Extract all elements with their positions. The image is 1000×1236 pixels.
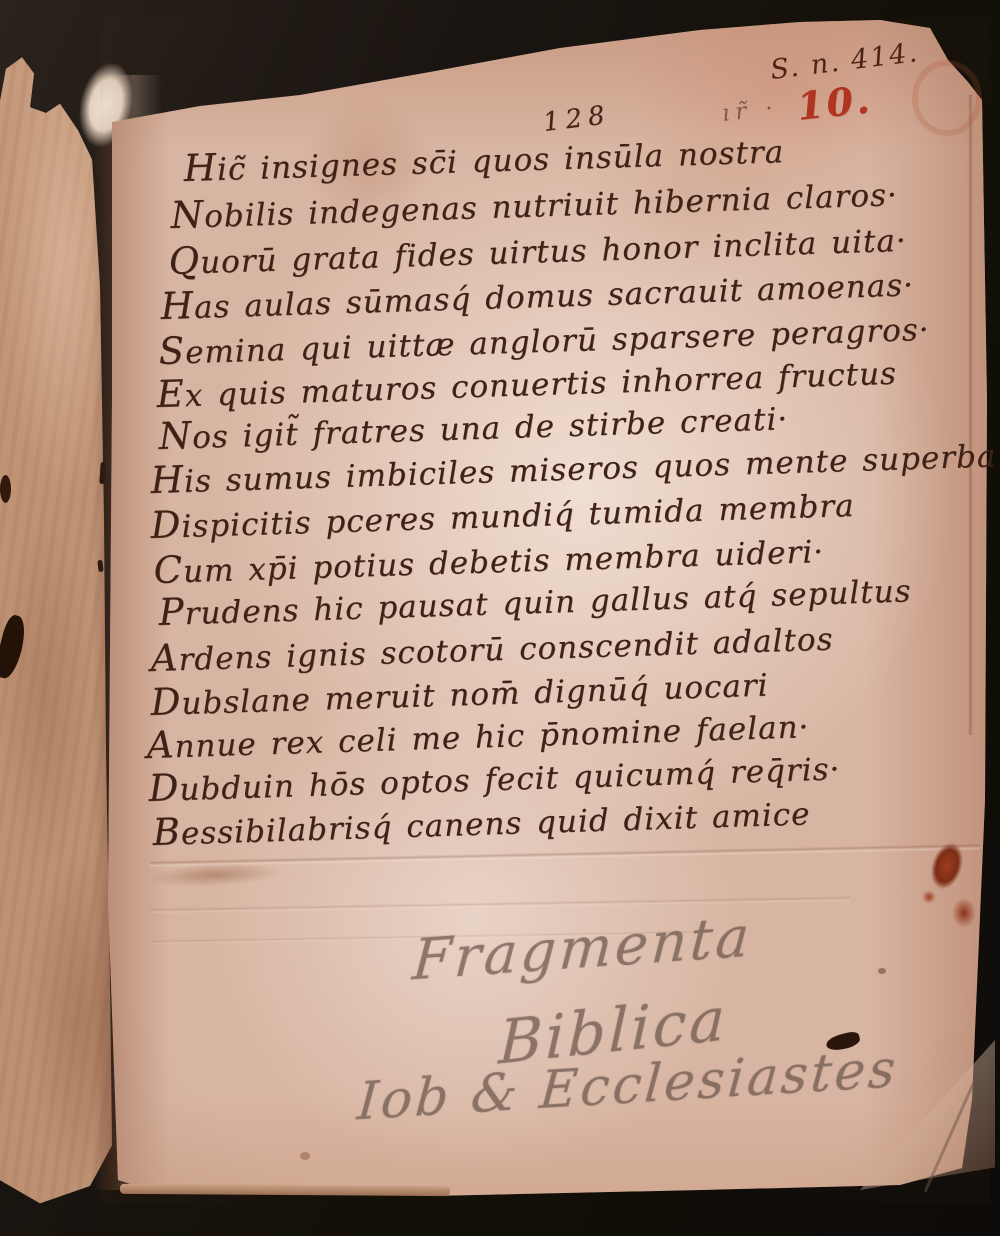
red-stain <box>952 898 976 928</box>
cover-hole <box>0 613 29 680</box>
cover-hole-small <box>0 475 11 503</box>
folio-number-red: 10. <box>795 76 874 129</box>
red-stain <box>922 890 936 904</box>
vertical-crease <box>968 95 973 735</box>
red-stain-ring <box>912 60 982 136</box>
ink-speck <box>878 968 886 974</box>
page-edge-stack <box>120 1184 450 1196</box>
ink-speck <box>300 1152 310 1160</box>
manuscript-photo: 128 ır̃ · S. n. 414. 10. Hic̃ insignes s… <box>0 0 1000 1236</box>
